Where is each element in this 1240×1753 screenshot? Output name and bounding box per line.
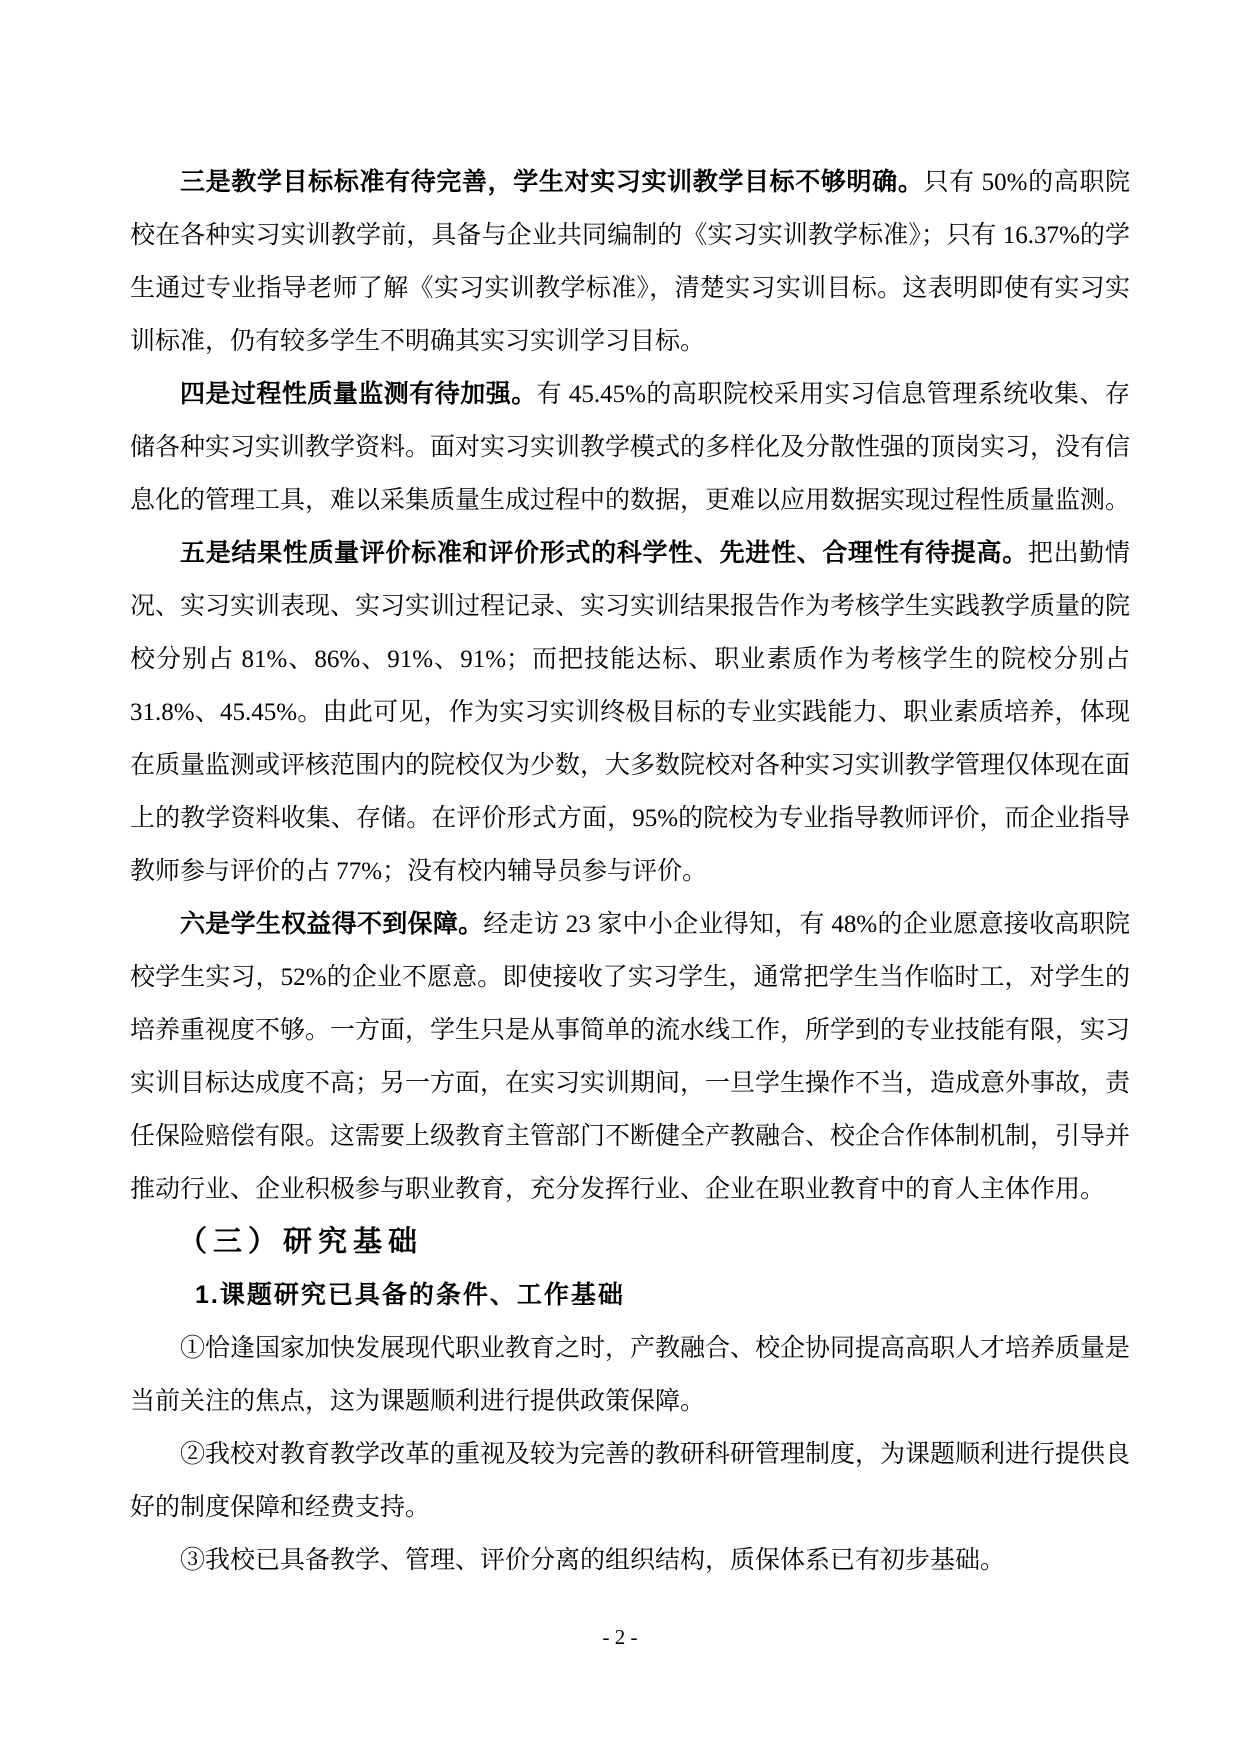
section-heading-research-foundation: （三）研究基础 xyxy=(130,1216,1130,1269)
finding-five-lead: 五是结果性质量评价标准和评价形式的科学性、先进性、合理性有待提高。 xyxy=(180,539,1028,567)
finding-five-text: 把出勤情况、实习实训表现、实习实训过程记录、实习实训结果报告作为考核学生实践教学… xyxy=(130,540,1130,885)
finding-three-lead: 三是教学目标标准有待完善，学生对实习实训教学目标不够明确。 xyxy=(180,168,923,196)
finding-three-text: 只有 50%的高职院校在各种实习实训教学前，具备与企业共同编制的《实习实训教学标… xyxy=(130,169,1130,355)
subsection-heading-conditions: 1.课题研究已具备的条件、工作基础 xyxy=(130,1269,1130,1322)
document-body: 三是教学目标标准有待完善，学生对实习实训教学目标不够明确。只有 50%的高职院校… xyxy=(130,156,1130,1587)
finding-six-lead: 六是学生权益得不到保障。 xyxy=(180,910,483,938)
page-footer: - 2 - xyxy=(0,1624,1240,1650)
finding-paragraph-six: 六是学生权益得不到保障。经走访 23 家中小企业得知，有 48%的企业愿意接收高… xyxy=(130,898,1130,1216)
page-number: - 2 - xyxy=(603,1625,638,1649)
finding-four-lead: 四是过程性质量监测有待加强。 xyxy=(180,380,537,408)
foundation-item-2: ②我校对教育教学改革的重视及较为完善的教研科研管理制度，为课题顺利进行提供良好的… xyxy=(130,1428,1130,1534)
document-page: 三是教学目标标准有待完善，学生对实习实训教学目标不够明确。只有 50%的高职院校… xyxy=(0,0,1240,1753)
finding-six-text: 经走访 23 家中小企业得知，有 48%的企业愿意接收高职院校学生实习，52%的… xyxy=(130,911,1130,1203)
finding-paragraph-five: 五是结果性质量评价标准和评价形式的科学性、先进性、合理性有待提高。把出勤情况、实… xyxy=(130,527,1130,898)
finding-paragraph-four: 四是过程性质量监测有待加强。有 45.45%的高职院校采用实习信息管理系统收集、… xyxy=(130,368,1130,527)
finding-paragraph-three: 三是教学目标标准有待完善，学生对实习实训教学目标不够明确。只有 50%的高职院校… xyxy=(130,156,1130,368)
foundation-item-1: ①恰逢国家加快发展现代职业教育之时，产教融合、校企协同提高高职人才培养质量是当前… xyxy=(130,1322,1130,1428)
foundation-item-3: ③我校已具备教学、管理、评价分离的组织结构，质保体系已有初步基础。 xyxy=(130,1534,1130,1587)
